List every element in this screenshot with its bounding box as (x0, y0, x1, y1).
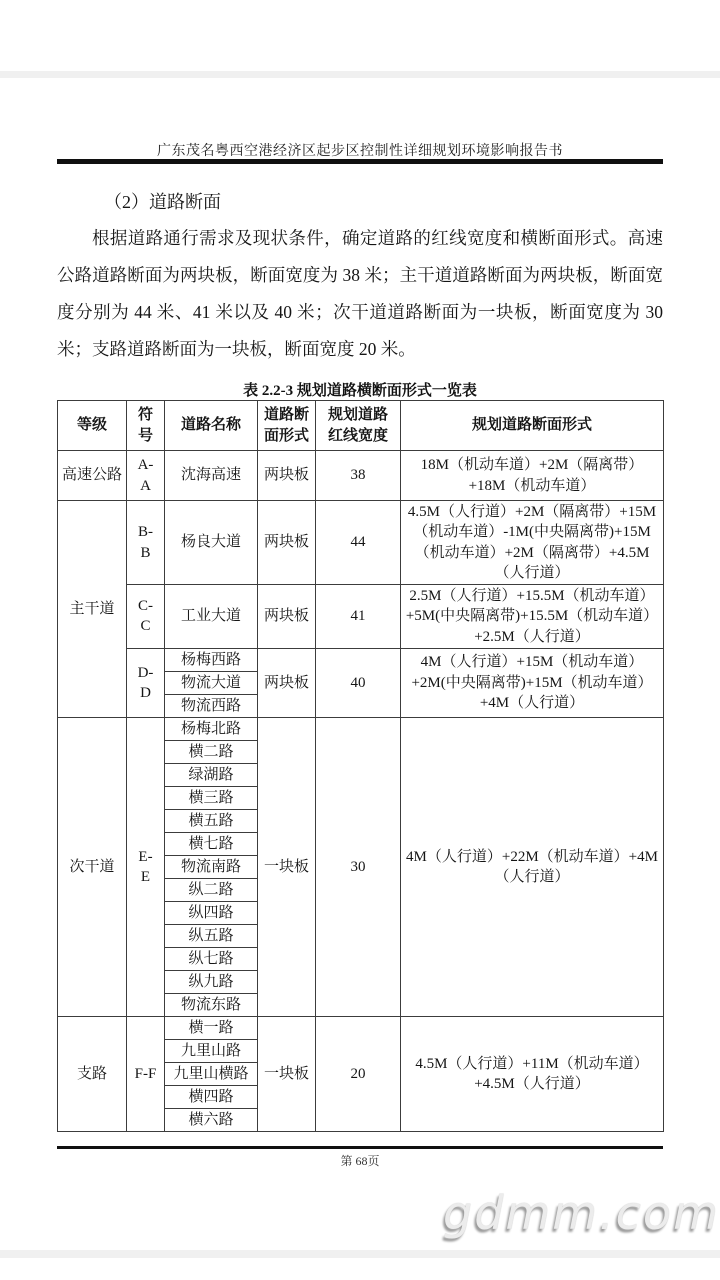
road-name: 横二路 (165, 740, 258, 763)
road-name: 绿湖路 (165, 763, 258, 786)
section-desc: 18M（机动车道）+2M（隔离带）+18M（机动车道） (401, 451, 664, 501)
section-desc: 4.5M（人行道）+2M（隔离带）+15M（机动车道）-1M(中央隔离带)+15… (401, 501, 664, 585)
grade-arterial: 主干道 (58, 501, 127, 718)
road-name: 纵七路 (165, 947, 258, 970)
table-caption: 表 2.2-3 规划道路横断面形式一览表 (57, 379, 663, 400)
col-header-road-name: 道路名称 (165, 401, 258, 451)
body-paragraph: 根据道路通行需求及现状条件，确定道路的红线宽度和横断面形式。高速公路道路断面为两… (57, 220, 663, 368)
symbol-aa: A- A (127, 451, 165, 501)
road-name: 工业大道 (165, 585, 258, 649)
col-header-section-form: 道路断 面形式 (258, 401, 316, 451)
table-row: 主干道 B- B 杨良大道 两块板 44 4.5M（人行道）+2M（隔离带）+1… (58, 501, 664, 585)
road-name: 横六路 (165, 1108, 258, 1131)
road-cross-section-table: 等级 符 号 道路名称 道路断 面形式 规划道路 红线宽度 规划道路断面形式 高… (57, 400, 664, 1132)
redline-width: 38 (316, 451, 401, 501)
road-name: 九里山横路 (165, 1062, 258, 1085)
road-name: 纵九路 (165, 970, 258, 993)
redline-width: 44 (316, 501, 401, 585)
road-name: 物流西路 (165, 694, 258, 717)
road-name: 物流南路 (165, 855, 258, 878)
redline-width: 20 (316, 1016, 401, 1131)
col-header-redline-width: 规划道路 红线宽度 (316, 401, 401, 451)
col-header-symbol: 符 号 (127, 401, 165, 451)
road-name: 杨良大道 (165, 501, 258, 585)
watermark: gdmm.com (443, 1186, 720, 1240)
road-name: 物流东路 (165, 993, 258, 1016)
road-name: 杨梅西路 (165, 648, 258, 671)
table-row: C- C 工业大道 两块板 41 2.5M（人行道）+15.5M（机动车道）+5… (58, 585, 664, 649)
table-header-row: 等级 符 号 道路名称 道路断 面形式 规划道路 红线宽度 规划道路断面形式 (58, 401, 664, 451)
page-number: 第 68页 (57, 1152, 663, 1169)
road-name: 物流大道 (165, 671, 258, 694)
symbol-ee: E- E (127, 717, 165, 1016)
road-name: 横一路 (165, 1016, 258, 1039)
table-row: 支路 F-F 横一路 一块板 20 4.5M（人行道）+11M（机动车道）+4.… (58, 1016, 664, 1039)
header-rule (57, 159, 663, 164)
symbol-cc: C- C (127, 585, 165, 649)
road-name: 纵五路 (165, 924, 258, 947)
redline-width: 41 (316, 585, 401, 649)
grade-highway: 高速公路 (58, 451, 127, 501)
col-header-grade: 等级 (58, 401, 127, 451)
road-name: 九里山路 (165, 1039, 258, 1062)
section-form: 一块板 (258, 717, 316, 1016)
redline-width: 30 (316, 717, 401, 1016)
section-desc: 4M（人行道）+22M（机动车道）+4M（人行道） (401, 717, 664, 1016)
section-form: 两块板 (258, 501, 316, 585)
road-name: 横七路 (165, 832, 258, 855)
symbol-bb: B- B (127, 501, 165, 585)
section-desc: 4.5M（人行道）+11M（机动车道）+4.5M（人行道） (401, 1016, 664, 1131)
road-name: 沈海高速 (165, 451, 258, 501)
road-name: 横三路 (165, 786, 258, 809)
page-divider-bottom (0, 1250, 720, 1258)
table-row: D- D 杨梅西路 两块板 40 4M（人行道）+15M（机动车道）+2M(中央… (58, 648, 664, 671)
page-divider-top (0, 71, 720, 78)
document-header-title: 广东茂名粤西空港经济区起步区控制性详细规划环境影响报告书 (57, 140, 663, 160)
redline-width: 40 (316, 648, 401, 717)
table-row: 高速公路 A- A 沈海高速 两块板 38 18M（机动车道）+2M（隔离带）+… (58, 451, 664, 501)
table-row: 次干道 E- E 杨梅北路 一块板 30 4M（人行道）+22M（机动车道）+4… (58, 717, 664, 740)
section-desc: 4M（人行道）+15M（机动车道）+2M(中央隔离带)+15M（机动车道）+4M… (401, 648, 664, 717)
grade-secondary: 次干道 (58, 717, 127, 1016)
road-name: 横四路 (165, 1085, 258, 1108)
road-name: 杨梅北路 (165, 717, 258, 740)
symbol-ff: F-F (127, 1016, 165, 1131)
road-name: 纵四路 (165, 901, 258, 924)
col-header-section-desc: 规划道路断面形式 (401, 401, 664, 451)
footer-rule (57, 1146, 663, 1149)
grade-branch: 支路 (58, 1016, 127, 1131)
section-heading: （2）道路断面 (104, 188, 221, 214)
section-desc: 2.5M（人行道）+15.5M（机动车道）+5M(中央隔离带)+15.5M（机动… (401, 585, 664, 649)
section-form: 两块板 (258, 585, 316, 649)
section-form: 一块板 (258, 1016, 316, 1131)
road-name: 横五路 (165, 809, 258, 832)
section-form: 两块板 (258, 648, 316, 717)
symbol-dd: D- D (127, 648, 165, 717)
section-form: 两块板 (258, 451, 316, 501)
road-name: 纵二路 (165, 878, 258, 901)
